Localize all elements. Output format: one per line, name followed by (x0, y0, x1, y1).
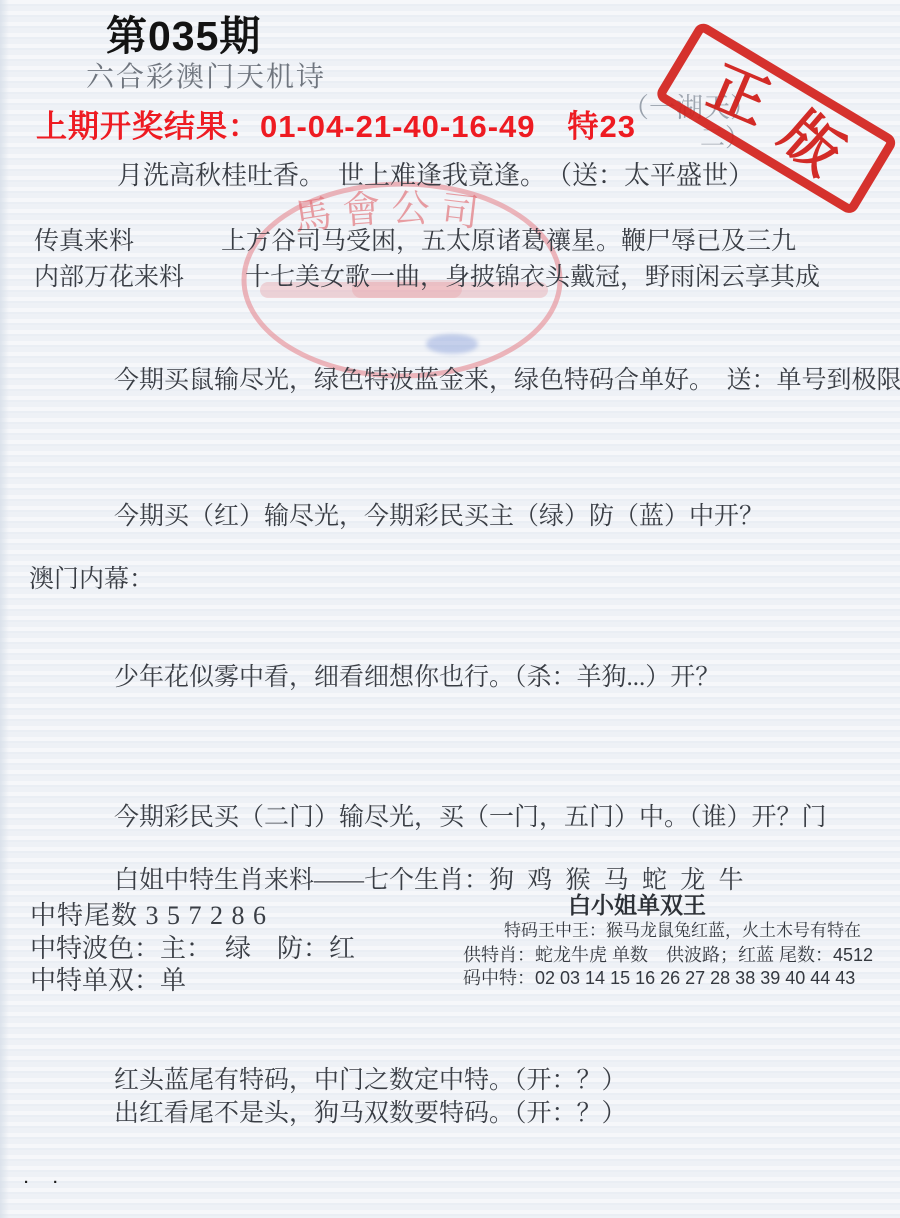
page-corner-dots: · · (24, 1174, 68, 1192)
stamp-char-ban: 版 (770, 103, 852, 185)
stamp-char-zheng: 正 (700, 58, 776, 134)
tip-line-3: 少年花似雾中看，细看细想你也行。（杀：羊狗...）开？ (114, 663, 720, 693)
panel-line-1: 特码王中王：猴马龙鼠兔红蓝，火土木号有特在 (504, 921, 861, 941)
inner-material-text: 十七美女歌一曲，身披锦衣头戴冠，野雨闲云享其成 (245, 263, 820, 293)
tip-line-1: 今期买鼠输尽光，绿色特波蓝金来，绿色特码合单好。 送：单号到极限 (114, 366, 900, 396)
inner-material-label: 内部万花来料 (34, 263, 184, 293)
special-tail-line: 中特尾数 3 5 7 2 8 6 (30, 900, 267, 931)
bottom-couplet-2: 出红看尾不是头，狗马双数要特码。（开：？） (114, 1099, 627, 1129)
tip-line-2: 今期买（红）输尽光，今期彩民买主（绿）防（蓝）中开？ (114, 502, 764, 532)
fax-material-label: 传真来料 (34, 227, 134, 257)
fax-material-text: 上方谷司马受困，五太原诸葛禳星。鞭尸辱已及三九 (221, 227, 796, 257)
opening-poem-line: 月洗高秋桂吐香。 世上难逢我竟逢。 （送：太平盛世） (117, 160, 754, 191)
tip-sheet-page: 馬會公司 正 版 第035期 六合彩澳门天机诗 上期开奖结果：01-04-21-… (0, 0, 900, 1218)
ink-smudge (426, 334, 478, 354)
macau-insider-label: 澳门内幕： (29, 565, 154, 595)
panel-title: 白小姐单双王 (568, 892, 706, 920)
panel-line-3: 码中特：02 03 14 15 16 26 27 28 38 39 40 44 … (463, 968, 855, 990)
special-wave-line: 中特波色：主： 绿 防：红 (30, 933, 355, 964)
sheet-subtitle: 六合彩澳门天机诗 (86, 61, 326, 95)
panel-line-2: 供特肖：蛇龙牛虎 单数 供波路；红蓝 尾数：4512 (463, 945, 873, 967)
last-draw-result: 上期开奖结果：01-04-21-40-16-49 特23 (36, 108, 636, 145)
issue-title: 第035期 (106, 12, 261, 61)
special-oddeven-line: 中特单双：单 (30, 965, 186, 996)
bottom-couplet-1: 红头蓝尾有特码，中门之数定中特。（开：？） (114, 1066, 627, 1096)
tip-line-4: 今期彩民买（二门）输尽光，买（一门，五门）中。（谁）开？门 (114, 803, 827, 833)
